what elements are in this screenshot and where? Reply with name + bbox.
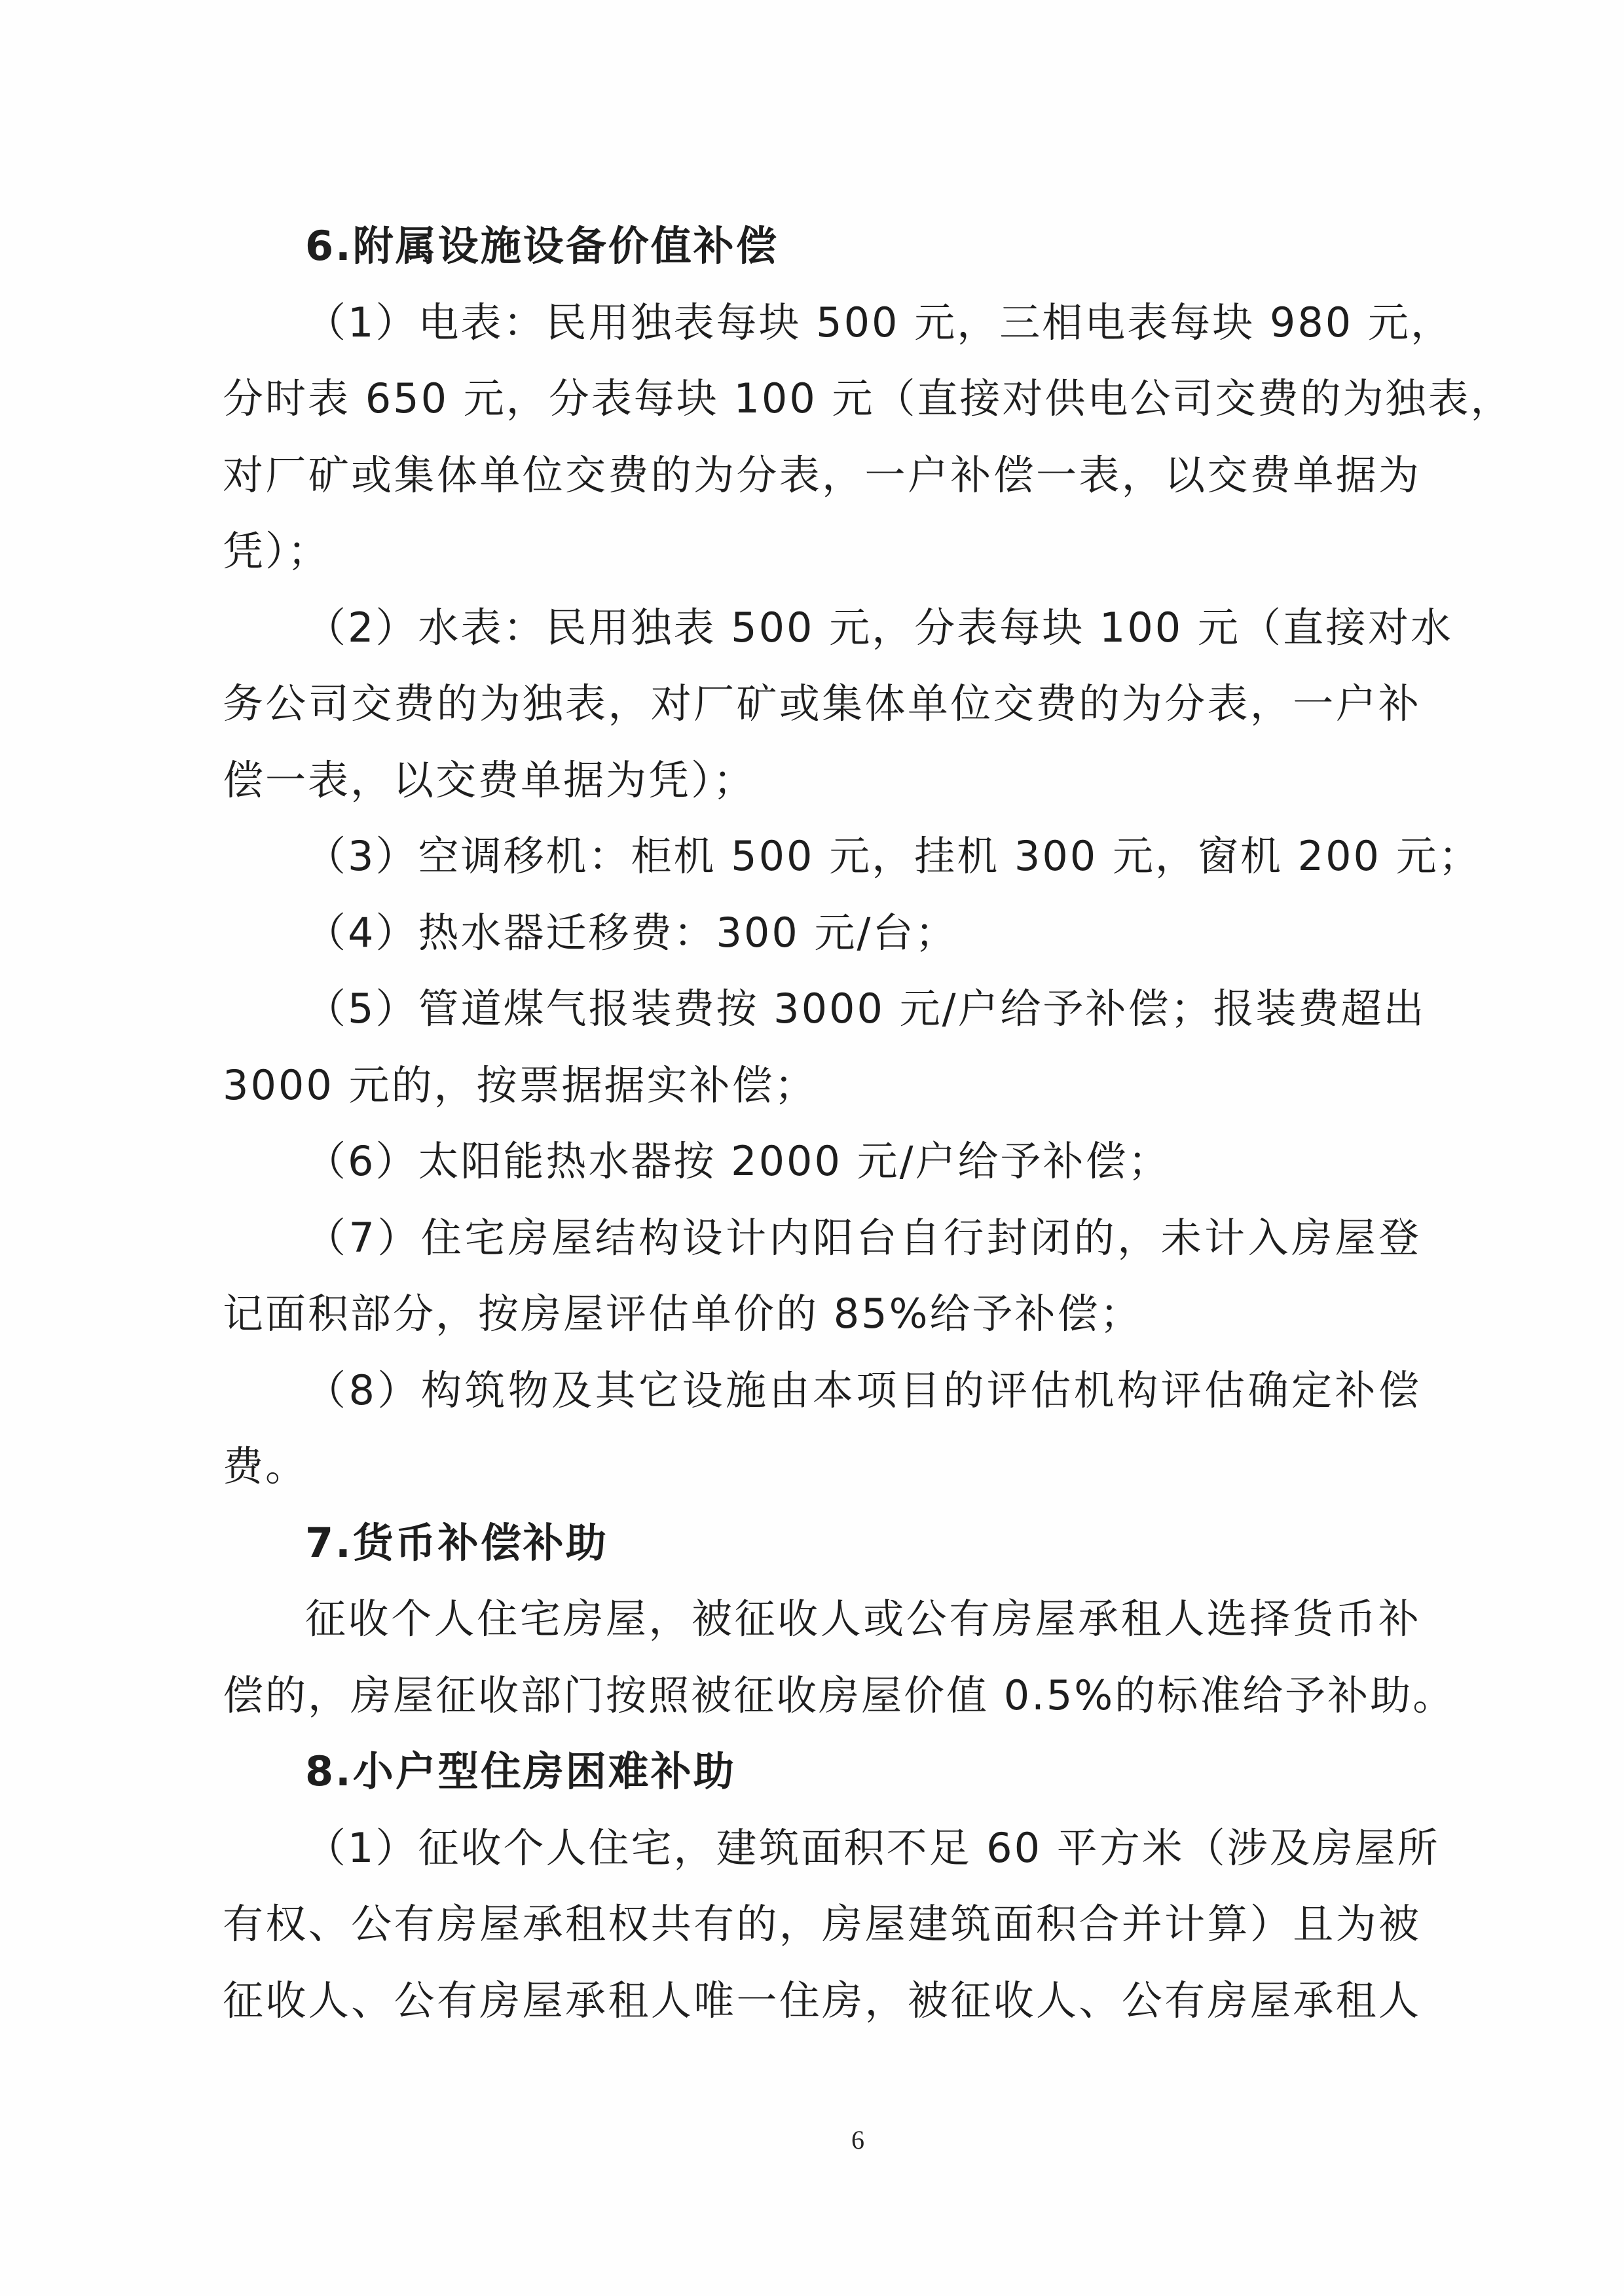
text-line: （8）构筑物及其它设施由本项目的评估机构评估确定补偿 (223, 1353, 1421, 1429)
text-line: 征收人、公有房屋承租人唯一住房，被征收人、公有房屋承租人 (223, 1963, 1421, 2039)
item-8-1-small-housing: （1）征收个人住宅，建筑面积不足 60 平方米（涉及房屋所 有权、公有房屋承租权… (223, 1810, 1421, 2039)
item-7-monetary-subsidy: 征收个人住宅房屋，被征收人或公有房屋承租人选择货币补 偿的，房屋征收部门按照被征… (223, 1581, 1421, 1734)
item-6-1-electric-meter: （1）电表：民用独表每块 500 元，三相电表每块 980 元， 分时表 650… (223, 285, 1421, 590)
text-line: （2）水表：民用独表 500 元，分表每块 100 元（直接对水 (223, 590, 1421, 666)
text-line: （6）太阳能热水器按 2000 元/户给予补偿； (223, 1123, 1421, 1200)
text-line: （7）住宅房屋结构设计内阳台自行封闭的，未计入房屋登 (223, 1200, 1421, 1277)
item-6-6-solar-heater: （6）太阳能热水器按 2000 元/户给予补偿； (223, 1123, 1421, 1200)
item-6-2-water-meter: （2）水表：民用独表 500 元，分表每块 100 元（直接对水 务公司交费的为… (223, 590, 1421, 819)
text-line: 费。 (223, 1429, 1421, 1505)
text-line: 偿一表，以交费单据为凭）； (223, 742, 1421, 819)
text-line: （4）热水器迁移费：300 元/台； (223, 895, 1421, 972)
document-body: 6.附属设施设备价值补偿 （1）电表：民用独表每块 500 元，三相电表每块 9… (223, 208, 1421, 2039)
text-line: 记面积部分，按房屋评估单价的 85%给予补偿； (223, 1276, 1421, 1353)
text-line: （1）电表：民用独表每块 500 元，三相电表每块 980 元， (223, 285, 1421, 361)
text-line: （1）征收个人住宅，建筑面积不足 60 平方米（涉及房屋所 (223, 1810, 1421, 1887)
text-line: 务公司交费的为独表，对厂矿或集体单位交费的为分表，一户补 (223, 666, 1421, 742)
section-heading-6: 6.附属设施设备价值补偿 (223, 208, 1421, 285)
item-6-4-water-heater: （4）热水器迁移费：300 元/台； (223, 895, 1421, 972)
text-line: 对厂矿或集体单位交费的为分表，一户补偿一表，以交费单据为 (223, 437, 1421, 514)
document-page: 6.附属设施设备价值补偿 （1）电表：民用独表每块 500 元，三相电表每块 9… (0, 0, 1624, 2296)
item-6-5-gas-installation: （5）管道煤气报装费按 3000 元/户给予补偿；报装费超出 3000 元的，按… (223, 971, 1421, 1123)
item-6-3-air-conditioner: （3）空调移机：柜机 500 元，挂机 300 元，窗机 200 元； (223, 818, 1421, 895)
text-line: 分时表 650 元，分表每块 100 元（直接对供电公司交费的为独表， (223, 361, 1421, 437)
text-line: （3）空调移机：柜机 500 元，挂机 300 元，窗机 200 元； (223, 818, 1421, 895)
item-6-7-enclosed-balcony: （7）住宅房屋结构设计内阳台自行封闭的，未计入房屋登 记面积部分，按房屋评估单价… (223, 1200, 1421, 1353)
section-heading-8: 8.小户型住房困难补助 (223, 1734, 1421, 1810)
page-number: 6 (845, 2124, 871, 2155)
text-line: 有权、公有房屋承租权共有的，房屋建筑面积合并计算）且为被 (223, 1886, 1421, 1963)
text-line: （5）管道煤气报装费按 3000 元/户给予补偿；报装费超出 (223, 971, 1421, 1048)
text-line: 偿的，房屋征收部门按照被征收房屋价值 0.5%的标准给予补助。 (223, 1658, 1421, 1734)
text-line: 凭）； (223, 513, 1421, 590)
text-line: 3000 元的，按票据据实补偿； (223, 1048, 1421, 1124)
item-6-8-structures: （8）构筑物及其它设施由本项目的评估机构评估确定补偿 费。 (223, 1353, 1421, 1505)
section-heading-7: 7.货币补偿补助 (223, 1505, 1421, 1582)
text-line: 征收个人住宅房屋，被征收人或公有房屋承租人选择货币补 (223, 1581, 1421, 1658)
